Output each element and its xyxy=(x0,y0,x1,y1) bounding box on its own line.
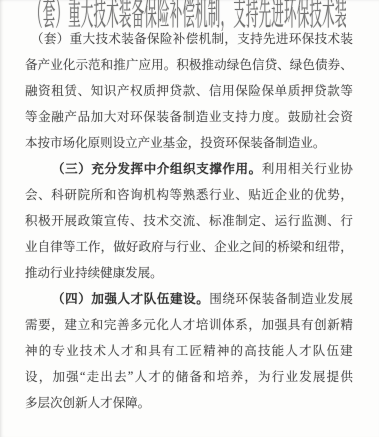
text-line: （三）充分发挥中介组织支撑作用。利用相关行业协 xyxy=(25,155,353,181)
text-line: 等金融产品加大对环保装备制造业支持力度。鼓励社会资 xyxy=(25,103,353,129)
text-line: 多层次创新人才保障。 xyxy=(25,389,353,415)
text-line: 神的专业技术人才和具有工匠精神的高技能人才队伍建 xyxy=(25,337,353,363)
text-line: 备产业化示范和推广应用。积极推动绿色信贷、绿色债券、 xyxy=(25,51,353,77)
scanned-document-page: （套）重大技术装备保险补偿机制，支持先进环保技术装 （套）重大技术装备保险补偿机… xyxy=(0,0,379,437)
text-line: 积极开展政策宣传、技术交流、标准制定、运行监测、行 xyxy=(25,207,353,233)
text-line: 融资租赁、知识产权质押贷款、信用保险保单质押贷款等 xyxy=(25,77,353,103)
text-line: 本按市场化原则设立产业基金，投资环保装备制造业。 xyxy=(25,129,353,155)
text-line: （套）重大技术装备保险补偿机制，支持先进环保技术装 xyxy=(25,25,353,51)
document-lines: （套）重大技术装备保险补偿机制，支持先进环保技术装备产业化示范和推广应用。积极推… xyxy=(25,25,353,415)
text-line: （四）加强人才队伍建设。围绕环保装备制造业发展 xyxy=(25,285,353,311)
text-line: 需要，建立和完善多元化人才培训体系，加强具有创新精 xyxy=(25,311,353,337)
text-line: 会、科研院所和咨询机构等熟悉行业、贴近企业的优势， xyxy=(25,181,353,207)
text-line: 设，加强“走出去”人才的储备和培养，为行业发展提供 xyxy=(25,363,353,389)
text-line: 业自律等工作，做好政府与行业、企业之间的桥梁和纽带， xyxy=(25,233,353,259)
text-line: 推动行业持续健康发展。 xyxy=(25,259,353,285)
